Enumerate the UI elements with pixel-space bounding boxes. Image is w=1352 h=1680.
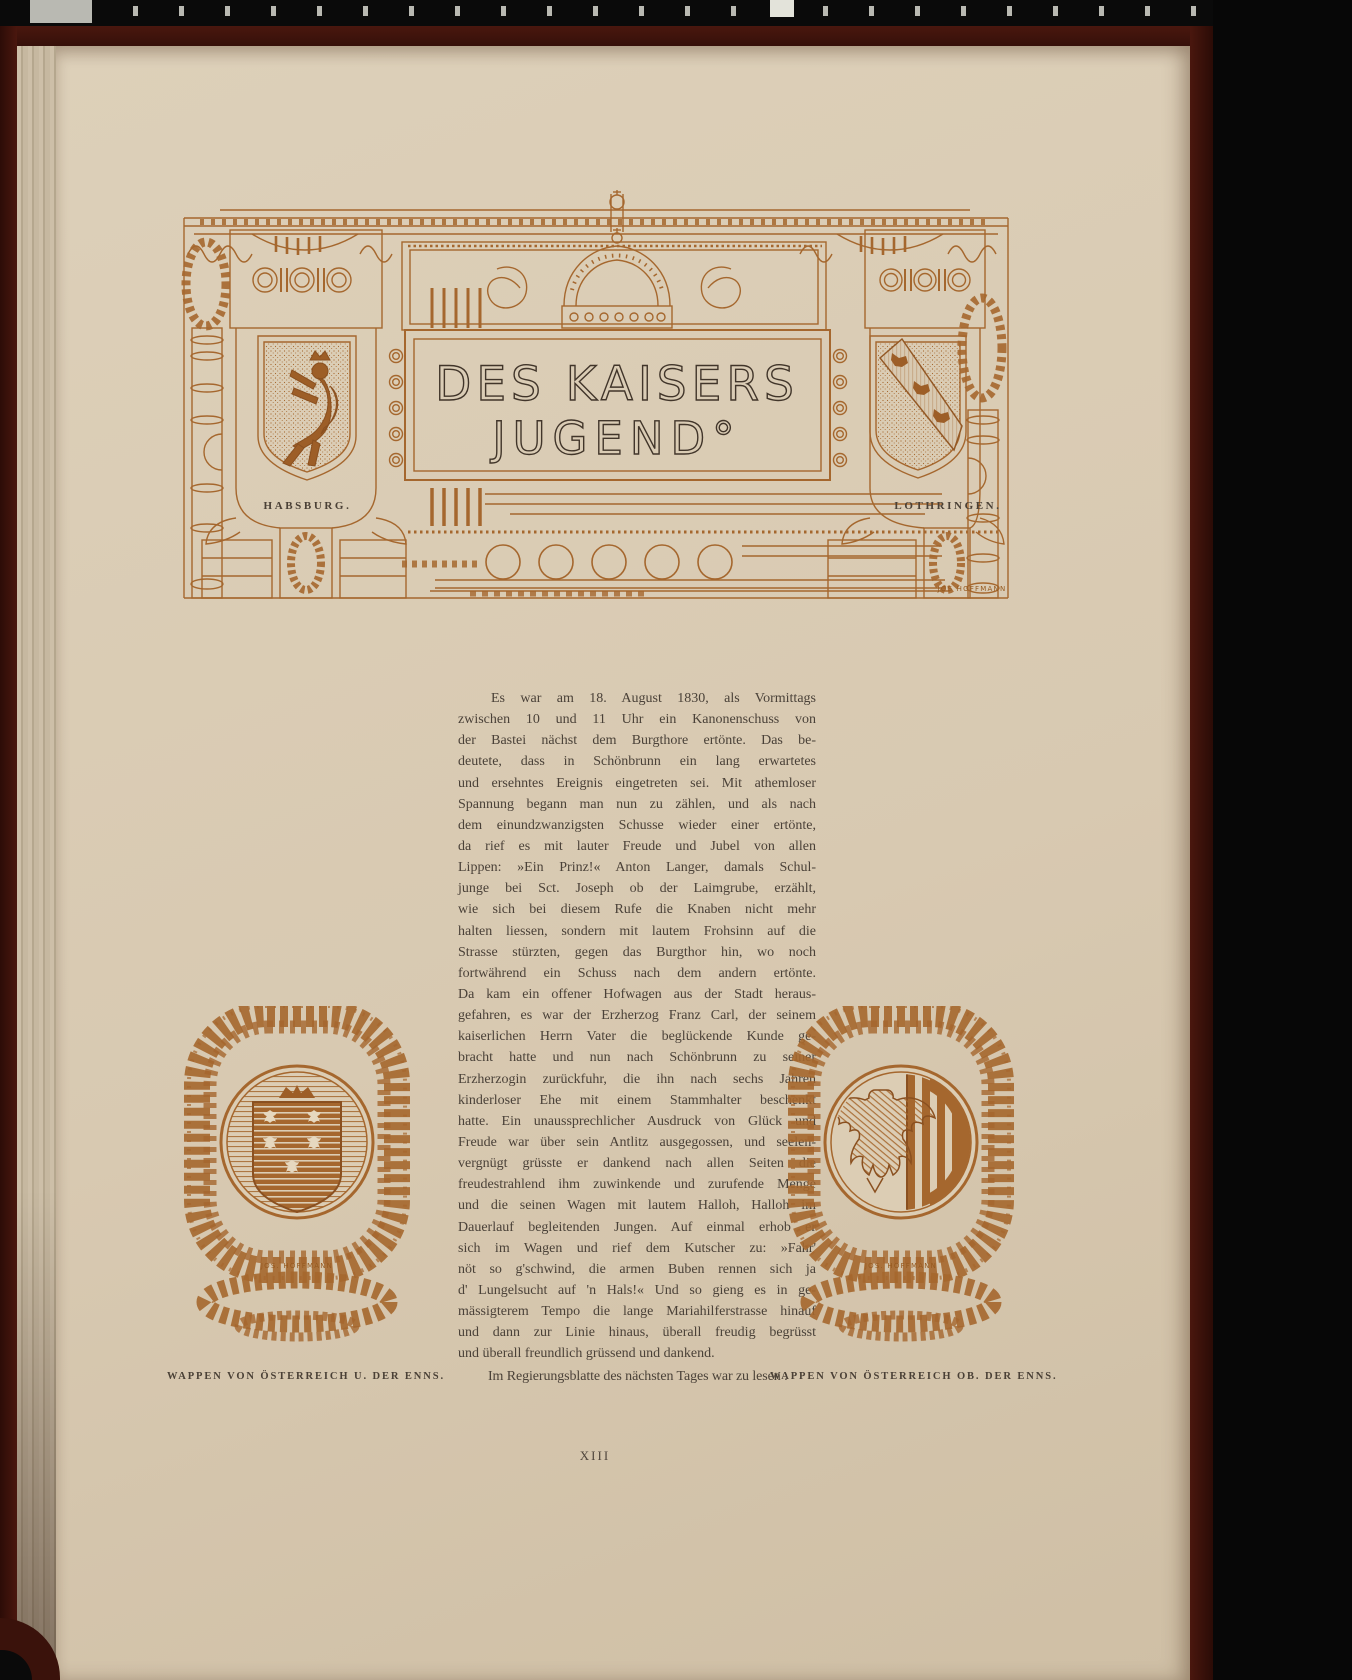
lothringen-label: LOTHRINGEN. <box>880 500 1016 512</box>
right-coat-of-arms-illustration <box>787 1006 1017 1342</box>
circle-bar-ornament-left <box>253 268 351 292</box>
artist-signature-right-emblem: JOS. HOFFMANN <box>846 1262 956 1270</box>
text-line: und dann zur Linie hinaus, überall freud… <box>458 1322 816 1343</box>
text-line: halten liessen, sondern mit lautem Frohs… <box>458 921 816 942</box>
page-edge-shadow <box>17 46 56 1680</box>
text-line: Lippen: »Ein Prinz!« Anton Langer, damal… <box>458 857 816 878</box>
circle-column-left <box>390 350 403 467</box>
text-line: mässigterem Tempo die lange Mariahilfers… <box>458 1301 816 1322</box>
text-line: Erzherzogin zurückfuhr, die ihn nach sec… <box>458 1069 816 1090</box>
text-line: Spannung begann man nun zu zählen, und a… <box>458 794 816 815</box>
headpiece-illustration: DES KAISERS JUGEND° <box>180 188 1012 600</box>
text-line: und ersehntes Ereignis eingetreten sei. … <box>458 773 816 794</box>
text-line: Da kam ein offener Hofwagen aus der Stad… <box>458 984 816 1005</box>
title-line-2: JUGEND° <box>489 412 741 465</box>
text-line: hatte. Ein unaussprechlicher Ausdruck vo… <box>458 1111 816 1132</box>
text-line: kinderloser Ehe mit einem Stammhalter be… <box>458 1090 816 1111</box>
text-line: Dauerlauf begleitenden Jungen. Auf einma… <box>458 1217 816 1238</box>
foliage-capital-right <box>962 298 1002 398</box>
text-line: vergnügt grüsste er dankend nach allen S… <box>458 1153 816 1174</box>
habsburg-label: HABSBURG. <box>240 500 375 512</box>
page-number: XIII <box>535 1448 655 1464</box>
left-coat-of-arms-illustration <box>183 1006 413 1342</box>
text-line: kaiserlichen Herrn Vater die beglückende… <box>458 1026 816 1047</box>
knot-scroll-right <box>701 267 740 308</box>
circle-row <box>486 545 732 579</box>
film-label-block-small <box>770 0 794 17</box>
artist-signature-header: JOS HOFFMANN <box>926 585 1018 593</box>
text-line: zwischen 10 und 11 Uhr ein Kanonenschuss… <box>458 709 816 730</box>
text-line: Strasse stürzten, gegen das Burgthor hin… <box>458 942 816 963</box>
book-cover-left-edge <box>0 26 17 1680</box>
knot-scroll-left <box>488 267 527 308</box>
film-label-block <box>30 0 92 23</box>
artist-signature-left-emblem: JOS. HOFFMANN <box>242 1262 352 1270</box>
text-line: deutete, dass in Schönbrunn ein lang erw… <box>458 751 816 772</box>
scanned-book-page-photo: DES KAISERS JUGEND° HABSBURG. LOTHRINGEN… <box>0 0 1352 1680</box>
text-line: und überall freundlich grüssend und dank… <box>458 1343 816 1364</box>
text-line: gefahren, es war der Erzherzog Franz Car… <box>458 1005 816 1026</box>
text-line: und die seinen Wagen mit lautem Halloh, … <box>458 1195 816 1216</box>
text-line: Freude war über sein Antlitz ausgegossen… <box>458 1132 816 1153</box>
text-line: d' Lungelsucht auf 'n Hals!« Und so gien… <box>458 1280 816 1301</box>
text-line: Es war am 18. August 1830, als Vormittag… <box>458 688 816 709</box>
text-line: wie sich bei diesem Rufe die Knaben nich… <box>458 899 816 920</box>
text-line: fortwährend ein Schuss nach dem andern e… <box>458 963 816 984</box>
right-emblem-caption: WAPPEN VON ÖSTERREICH OB. DER ENNS. <box>770 1371 1030 1382</box>
book-cover-right-edge <box>1190 26 1213 1680</box>
title-line-1: DES KAISERS <box>435 357 799 412</box>
foliage-panel-right <box>933 536 961 590</box>
text-line: da rief es mit lauter Freude und Jubel v… <box>458 836 816 857</box>
text-line: dem einundzwanzigsten Schusse wieder ein… <box>458 815 816 836</box>
habsburg-shield <box>258 336 356 480</box>
text-line: junge bei Sct. Joseph ob der Laimgrube, … <box>458 878 816 899</box>
backdrop-right <box>1213 0 1352 1680</box>
text-line: freudestrahlend ihm zuwinkende und zuruf… <box>458 1174 816 1195</box>
circle-column-right <box>834 350 847 467</box>
text-line: bracht hatte und nun nach Schönbrunn zu … <box>458 1047 816 1068</box>
text-line: sich im Wagen und rief dem Kutscher zu: … <box>458 1238 816 1259</box>
text-line: nöt so g'schwind, die armen Buben rennen… <box>458 1259 816 1280</box>
left-emblem-caption: WAPPEN VON ÖSTERREICH U. DER ENNS. <box>167 1371 427 1382</box>
book-cover-top-edge <box>0 26 1213 46</box>
lower-austria-shield <box>253 1085 341 1212</box>
text-line: der Bastei nächst dem Burgthore ertönte.… <box>458 730 816 751</box>
film-edge-marks <box>0 6 1352 16</box>
foliage-panel-left <box>291 536 321 590</box>
lothringen-shield <box>870 336 966 478</box>
circle-bar-ornament-right <box>880 269 970 291</box>
body-last-line: Im Regierungsblatte des nächsten Tages w… <box>458 1366 816 1387</box>
body-text-block: Es war am 18. August 1830, als Vormittag… <box>458 688 816 1365</box>
